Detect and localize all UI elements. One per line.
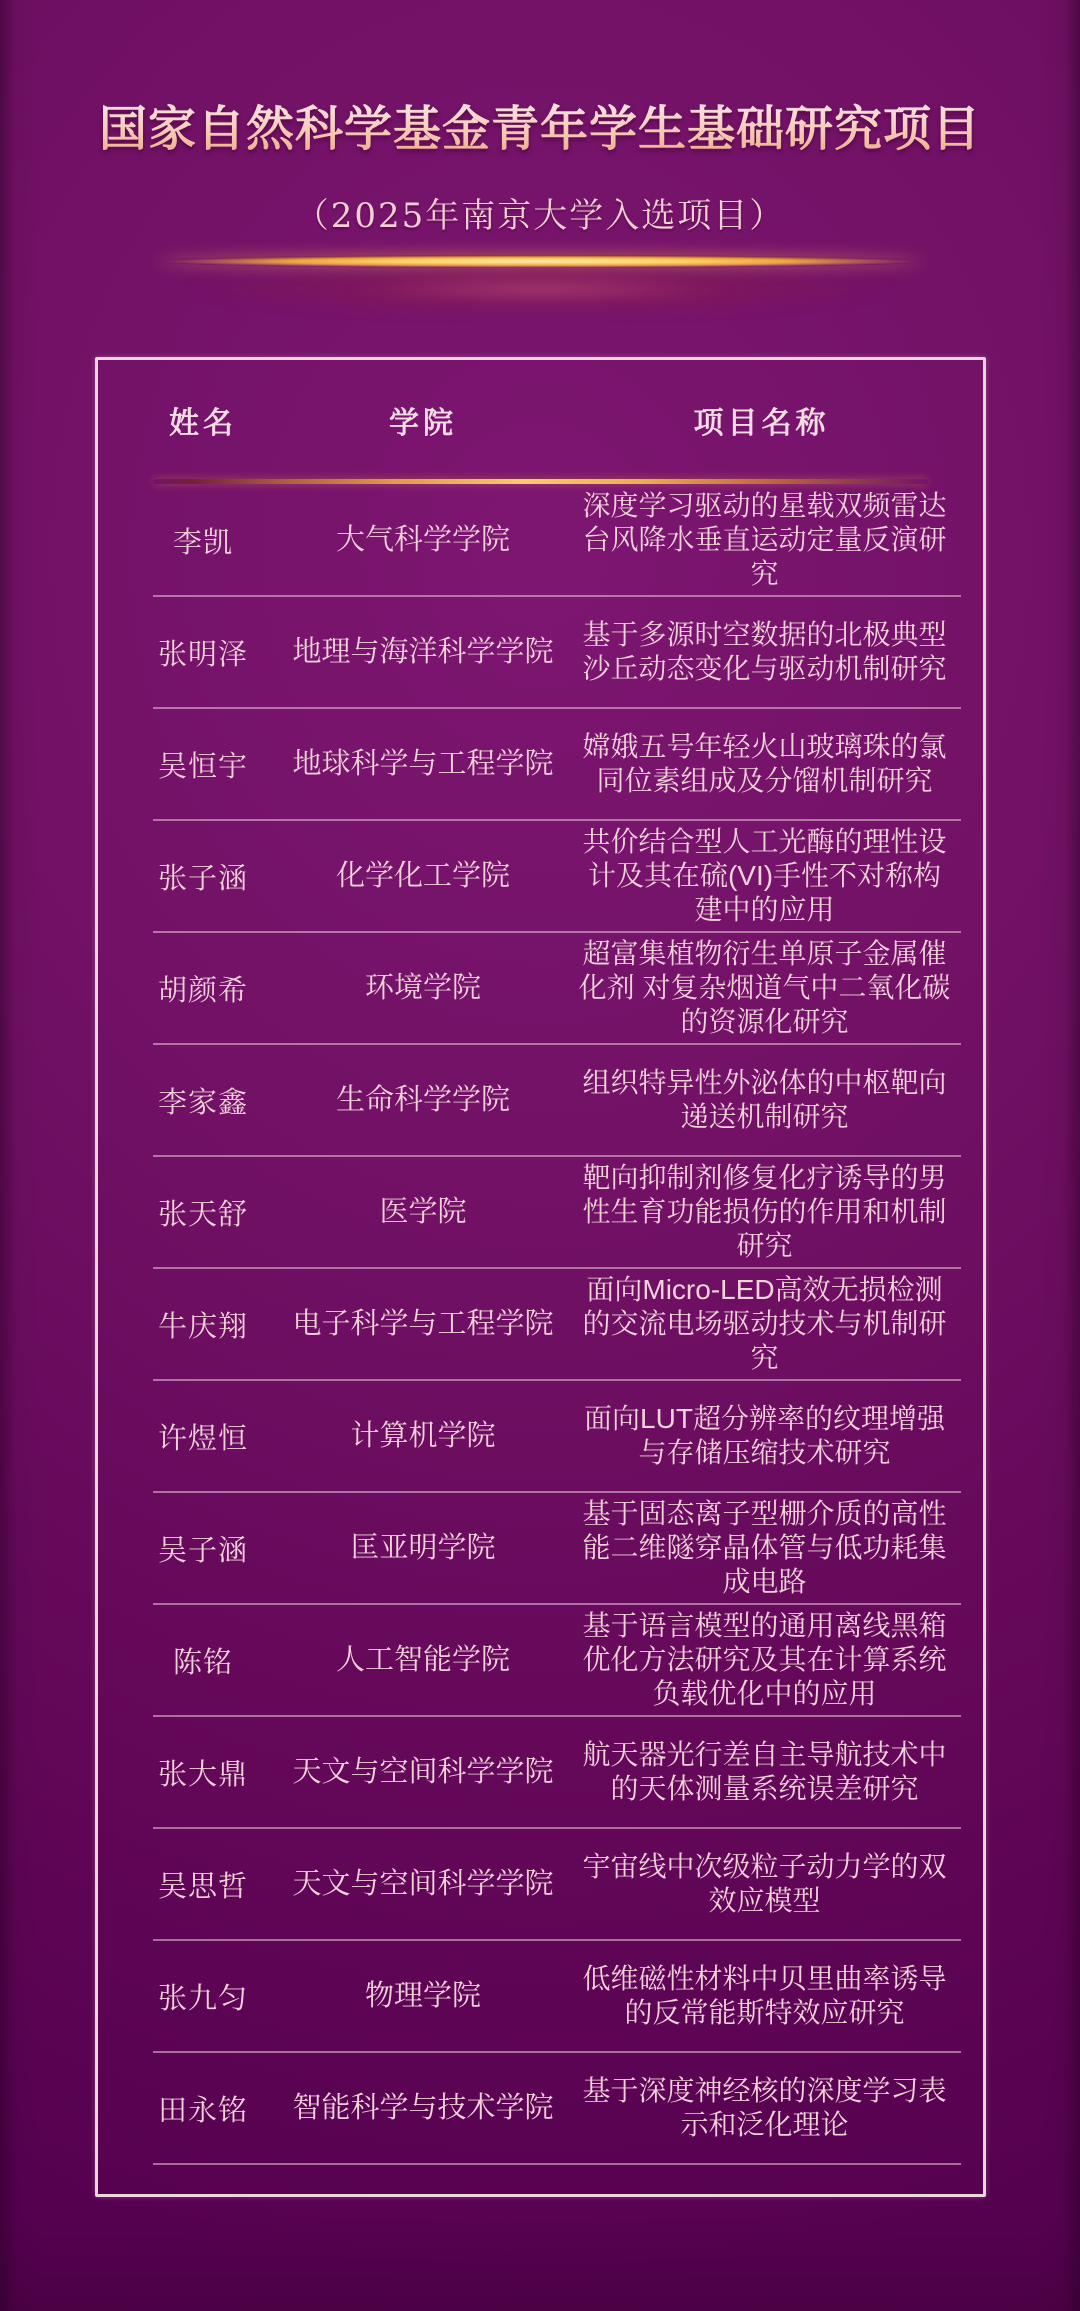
- header-cell-project: 项目名称: [568, 398, 955, 442]
- row-college-cell: 匡亚明学院: [278, 1530, 568, 1566]
- row-name-cell: 张子涵: [128, 856, 278, 897]
- row-college-cell: 智能科学与技术学院: [278, 2090, 568, 2126]
- table-row: 李家鑫 生命科学学院 组织特异性外泌体的中枢靶向递送机制研究: [98, 1044, 983, 1156]
- row-college-cell: 天文与空间科学学院: [278, 1754, 568, 1790]
- row-project-cell: 靶向抑制剂修复化疗诱导的男性生育功能损伤的作用和机制研究: [568, 1161, 955, 1263]
- row-college-cell: 医学院: [278, 1194, 568, 1230]
- row-name-cell: 许煜恒: [128, 1416, 278, 1457]
- row-name-cell: 张九匀: [128, 1976, 278, 2017]
- poster-background: 国家自然科学基金青年学生基础研究项目 （2025年南京大学入选项目） 姓名 学院…: [0, 0, 1080, 2311]
- table-row: 张天舒 医学院 靶向抑制剂修复化疗诱导的男性生育功能损伤的作用和机制研究: [98, 1156, 983, 1268]
- table-body: 李凯 大气科学学院 深度学习驱动的星载双频雷达台风降水垂直运动定量反演研究 张明…: [98, 484, 983, 2164]
- row-college-cell: 大气科学学院: [278, 522, 568, 558]
- row-name-cell: 陈铭: [128, 1640, 278, 1681]
- row-name-cell: 张大鼎: [128, 1752, 278, 1793]
- table-row: 田永铭 智能科学与技术学院 基于深度神经核的深度学习表示和泛化理论: [98, 2052, 983, 2164]
- table-row: 张子涵 化学化工学院 共价结合型人工光酶的理性设计及其在硫(VI)手性不对称构建…: [98, 820, 983, 932]
- row-project-cell: 基于语言模型的通用离线黑箱优化方法研究及其在计算系统负载优化中的应用: [568, 1609, 955, 1711]
- table-row: 李凯 大气科学学院 深度学习驱动的星载双频雷达台风降水垂直运动定量反演研究: [98, 484, 983, 596]
- row-name-cell: 李凯: [128, 520, 278, 561]
- row-name-cell: 牛庆翔: [128, 1304, 278, 1345]
- row-project-cell: 航天器光行差自主导航技术中的天体测量系统误差研究: [568, 1738, 955, 1806]
- row-college-cell: 生命科学学院: [278, 1082, 568, 1118]
- header-cell-college: 学院: [278, 398, 568, 442]
- row-name-cell: 胡颜希: [128, 968, 278, 1009]
- glow-divider: [0, 255, 1080, 317]
- row-college-cell: 物理学院: [278, 1978, 568, 2014]
- row-college-cell: 人工智能学院: [278, 1642, 568, 1678]
- table-row: 张明泽 地理与海洋科学学院 基于多源时空数据的北极典型沙丘动态变化与驱动机制研究: [98, 596, 983, 708]
- table-header-row: 姓名 学院 项目名称: [98, 360, 983, 479]
- table-row: 张九匀 物理学院 低维磁性材料中贝里曲率诱导的反常能斯特效应研究: [98, 1940, 983, 2052]
- row-college-cell: 地球科学与工程学院: [278, 746, 568, 782]
- row-project-cell: 面向LUT超分辨率的纹理增强与存储压缩技术研究: [568, 1402, 955, 1470]
- row-name-cell: 田永铭: [128, 2088, 278, 2129]
- row-project-cell: 深度学习驱动的星载双频雷达台风降水垂直运动定量反演研究: [568, 489, 955, 591]
- table-row: 陈铭 人工智能学院 基于语言模型的通用离线黑箱优化方法研究及其在计算系统负载优化…: [98, 1604, 983, 1716]
- table-row: 胡颜希 环境学院 超富集植物衍生单原子金属催化剂 对复杂烟道气中二氧化碳的资源化…: [98, 932, 983, 1044]
- table-row: 吴恒宇 地球科学与工程学院 嫦娥五号年轻火山玻璃珠的氯同位素组成及分馏机制研究: [98, 708, 983, 820]
- row-college-cell: 电子科学与工程学院: [278, 1306, 568, 1342]
- row-college-cell: 天文与空间科学学院: [278, 1866, 568, 1902]
- row-project-cell: 超富集植物衍生单原子金属催化剂 对复杂烟道气中二氧化碳的资源化研究: [568, 937, 955, 1039]
- row-project-cell: 组织特异性外泌体的中枢靶向递送机制研究: [568, 1066, 955, 1134]
- row-project-cell: 共价结合型人工光酶的理性设计及其在硫(VI)手性不对称构建中的应用: [568, 825, 955, 927]
- table-row: 张大鼎 天文与空间科学学院 航天器光行差自主导航技术中的天体测量系统误差研究: [98, 1716, 983, 1828]
- table-row: 吴思哲 天文与空间科学学院 宇宙线中次级粒子动力学的双效应模型: [98, 1828, 983, 1940]
- row-project-cell: 基于深度神经核的深度学习表示和泛化理论: [568, 2074, 955, 2142]
- row-name-cell: 张明泽: [128, 632, 278, 673]
- row-project-cell: 基于固态离子型栅介质的高性能二维隧穿晶体管与低功耗集成电路: [568, 1497, 955, 1599]
- projects-table: 姓名 学院 项目名称 李凯 大气科学学院 深度学习驱动的星载双频雷达台风降水垂直…: [95, 357, 986, 2197]
- header-cell-name: 姓名: [128, 398, 278, 442]
- row-project-cell: 宇宙线中次级粒子动力学的双效应模型: [568, 1850, 955, 1918]
- glow-divider-shadow: [180, 261, 900, 317]
- row-project-cell: 基于多源时空数据的北极典型沙丘动态变化与驱动机制研究: [568, 618, 955, 686]
- row-project-cell: 低维磁性材料中贝里曲率诱导的反常能斯特效应研究: [568, 1962, 955, 2030]
- row-college-cell: 地理与海洋科学学院: [278, 634, 568, 670]
- page-title: 国家自然科学基金青年学生基础研究项目: [0, 100, 1080, 158]
- table-row: 许煜恒 计算机学院 面向LUT超分辨率的纹理增强与存储压缩技术研究: [98, 1380, 983, 1492]
- row-project-cell: 面向Micro-LED高效无损检测的交流电场驱动技术与机制研究: [568, 1273, 955, 1375]
- row-name-cell: 吴子涵: [128, 1528, 278, 1569]
- row-project-cell: 嫦娥五号年轻火山玻璃珠的氯同位素组成及分馏机制研究: [568, 730, 955, 798]
- row-college-cell: 化学化工学院: [278, 858, 568, 894]
- table-row: 吴子涵 匡亚明学院 基于固态离子型栅介质的高性能二维隧穿晶体管与低功耗集成电路: [98, 1492, 983, 1604]
- row-name-cell: 吴恒宇: [128, 744, 278, 785]
- row-college-cell: 环境学院: [278, 970, 568, 1006]
- page-subtitle: （2025年南京大学入选项目）: [0, 194, 1080, 238]
- row-name-cell: 张天舒: [128, 1192, 278, 1233]
- row-college-cell: 计算机学院: [278, 1418, 568, 1454]
- table-row: 牛庆翔 电子科学与工程学院 面向Micro-LED高效无损检测的交流电场驱动技术…: [98, 1268, 983, 1380]
- row-name-cell: 李家鑫: [128, 1080, 278, 1121]
- row-name-cell: 吴思哲: [128, 1864, 278, 1905]
